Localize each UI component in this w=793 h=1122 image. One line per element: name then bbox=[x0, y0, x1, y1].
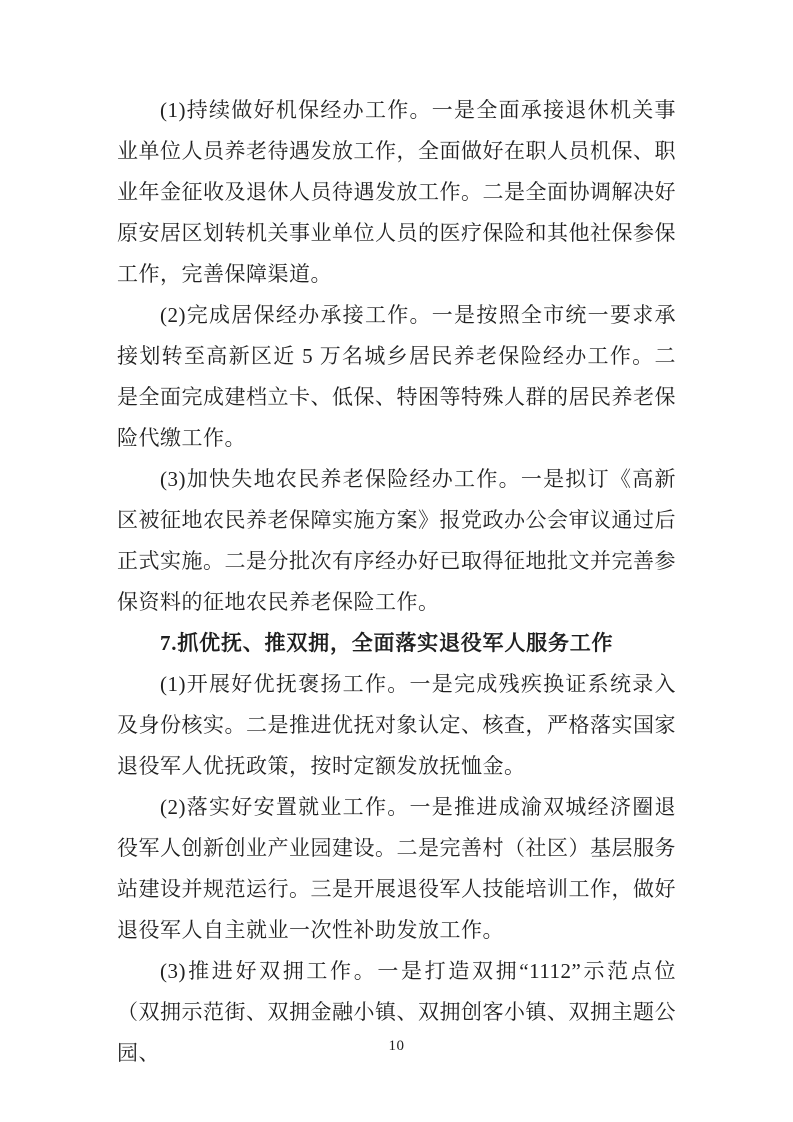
document-body: (1)持续做好机保经办工作。一是全面承接退休机关事业单位人员养老待遇发放工作，全… bbox=[117, 0, 676, 1074]
paragraph: (3)推进好双拥工作。一是打造双拥“1112”示范点位（双拥示范街、双拥金融小镇… bbox=[117, 951, 676, 1074]
document-page: (1)持续做好机保经办工作。一是全面承接退休机关事业单位人员养老待遇发放工作，全… bbox=[0, 0, 793, 1122]
section-heading: 7.抓优抚、推双拥，全面落实退役军人服务工作 bbox=[117, 623, 676, 664]
paragraph: (1)开展好优抚褒扬工作。一是完成残疾换证系统录入及身份核实。二是推进优抚对象认… bbox=[117, 664, 676, 787]
page-number: 10 bbox=[389, 1038, 405, 1054]
page-footer: 10 bbox=[0, 1037, 793, 1055]
paragraph: (2)落实好安置就业工作。一是推进成渝双城经济圈退役军人创新创业产业园建设。二是… bbox=[117, 787, 676, 951]
paragraph: (2)完成居保经办承接工作。一是按照全市统一要求承接划转至高新区近 5 万名城乡… bbox=[117, 295, 676, 459]
paragraph: (1)持续做好机保经办工作。一是全面承接退休机关事业单位人员养老待遇发放工作，全… bbox=[117, 90, 676, 295]
paragraph: (3)加快失地农民养老保险经办工作。一是拟订《高新区被征地农民养老保障实施方案》… bbox=[117, 459, 676, 623]
